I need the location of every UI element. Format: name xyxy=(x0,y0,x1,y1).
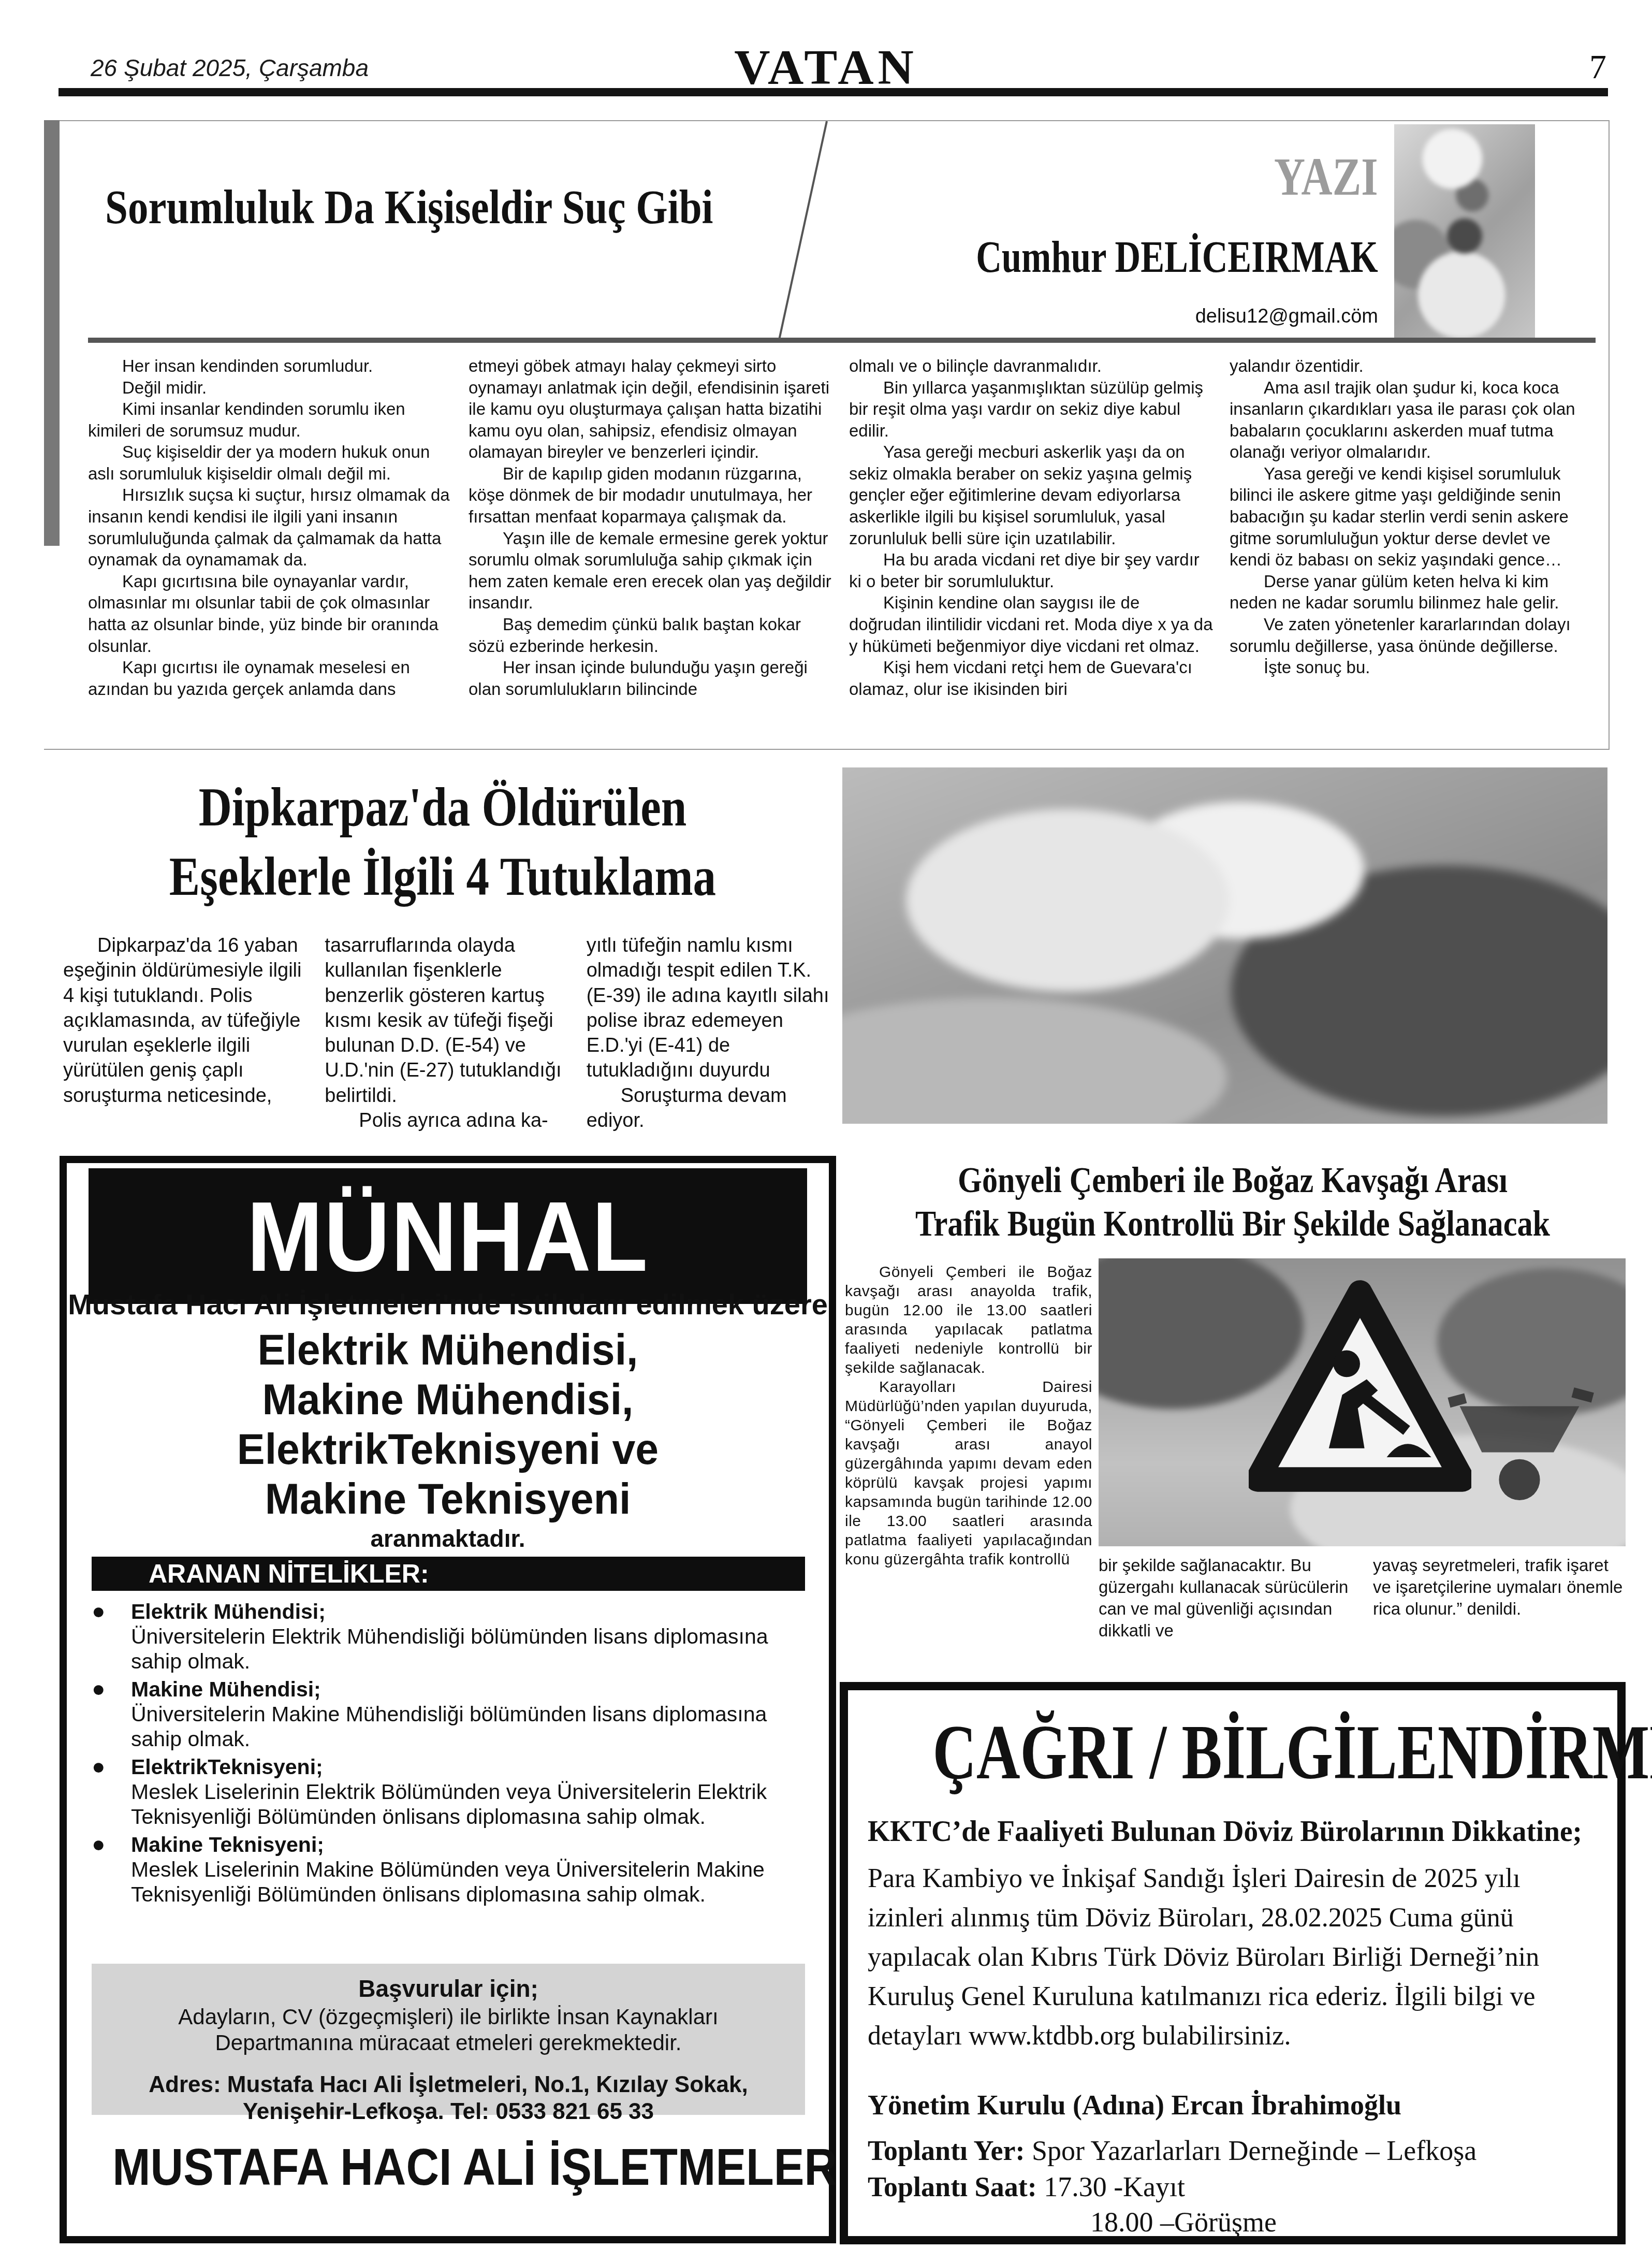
paragraph: Ha bu arada vicdani ret diye bir şey var… xyxy=(849,549,1215,592)
paragraph: Yaşın ille de kemale ermesine gerek yokt… xyxy=(469,528,835,614)
paragraph: Kapı gıcırtısı ile oynamak meselesi en a… xyxy=(88,657,454,700)
qualifications-list: ● Elektrik Mühendisi; Üniversitelerin El… xyxy=(92,1599,809,1910)
munhal-title-band: MÜNHAL xyxy=(89,1168,807,1304)
munhal-title: MÜNHAL xyxy=(247,1179,649,1294)
author-photo xyxy=(1394,124,1535,339)
apply-body: Adayların, CV (özgeçmişleri) ile birlikt… xyxy=(148,2004,749,2056)
paragraph: Soruşturma devam ediyor. xyxy=(587,1083,836,1134)
donkey-column-3: yıtlı tüfeğin namlu kısmı olmadığı tespi… xyxy=(587,933,836,1140)
headline-divider xyxy=(88,338,1596,343)
position-2: Makine Mühendisi, xyxy=(82,1374,813,1425)
paragraph: Derse yanar gülüm keten helva ki kim ned… xyxy=(1230,571,1596,614)
meeting-time-line: Toplantı Saat: 17.30 -Kayıt xyxy=(868,2171,1185,2203)
article-column-1: Her insan kendinden sorumludur. Değil mi… xyxy=(88,355,454,743)
paragraph: yavaş seyretmeleri, trafik işaret ve işa… xyxy=(1373,1555,1626,1620)
paragraph: Her insan içinde bulunduğu yaşın gereği … xyxy=(469,657,835,700)
paragraph: tasarruflarında olayda kullanılan fişenk… xyxy=(325,933,574,1108)
qualification-title: Makine Mühendisi; xyxy=(131,1677,809,1702)
paragraph: Kişinin kendine olan saygısı ile de doğr… xyxy=(849,592,1215,657)
paragraph: Gönyeli Çemberi ile Boğaz kavşağı arası … xyxy=(845,1263,1092,1377)
header-rule xyxy=(59,88,1608,96)
paragraph: Ama asıl trajik olan şudur ki, koca koca… xyxy=(1230,377,1596,463)
munhal-job-ad: MÜNHAL Mustafa Hacı Ali İşletmeleri'nde … xyxy=(60,1156,836,2243)
article-body: Her insan kendinden sorumludur. Değil mi… xyxy=(88,355,1596,743)
author-photo-texture xyxy=(1394,124,1535,339)
qualification-desc: Meslek Liselerinin Elektrik Bölümünden v… xyxy=(131,1779,809,1829)
qualification-title: ElektrikTeknisyeni; xyxy=(131,1754,809,1779)
paragraph: Hırsızlık suçsa ki suçtur, hırsız olmama… xyxy=(88,484,454,570)
apply-address: Adres: Mustafa Hacı Ali İşletmeleri, No.… xyxy=(127,2071,769,2125)
qualification-item: ● Elektrik Mühendisi; Üniversitelerin El… xyxy=(92,1599,809,1674)
paragraph: Kimi insanlar kendinden sorumlu iken kim… xyxy=(88,398,454,441)
traffic-title-line1: Gönyeli Çemberi ile Boğaz Kavşağı Arası xyxy=(896,1160,1569,1201)
paragraph: Yasa gereği ve kendi kişisel sorumluluk … xyxy=(1230,463,1596,571)
application-info-box: Başvurular için; Adayların, CV (özgeçmiş… xyxy=(92,1964,805,2115)
position-1: Elektrik Mühendisi, xyxy=(82,1325,813,1375)
roadworks-photo xyxy=(1099,1258,1626,1546)
donkey-photo-texture xyxy=(842,767,1607,1124)
meeting-time-value: 17.30 -Kayıt xyxy=(1044,2171,1185,2202)
column-kicker: YAZI xyxy=(1275,146,1378,208)
position-4: Makine Teknisyeni xyxy=(82,1474,813,1524)
paragraph: Yasa gereği mecburi askerlik yaşı da on … xyxy=(849,441,1215,549)
bullet-icon: ● xyxy=(92,1832,131,1907)
paragraph: Baş demedim çünkü balık baştan kokar söz… xyxy=(469,614,835,657)
qualification-item: ● Makine Mühendisi; Üniversitelerin Maki… xyxy=(92,1677,809,1751)
paragraph: yıtlı tüfeğin namlu kısmı olmadığı tespi… xyxy=(587,933,836,1083)
position-3: ElektrikTeknisyeni ve xyxy=(82,1424,813,1474)
author-email: delisu12@gmail.cöm xyxy=(1195,306,1378,328)
donkey-article-title-line1: Dipkarpaz'da Öldürülen xyxy=(112,776,773,839)
paragraph: Dipkarpaz'da 16 yaban eşeğinin öldürümes… xyxy=(63,933,312,1108)
meeting-place-line: Toplantı Yer: Spor Yazarlarları Derneğin… xyxy=(868,2135,1476,2167)
qualifications-header: ARANAN NİTELİKLER: xyxy=(92,1557,805,1591)
paragraph: Kapı gıcırtısına bile oynayanlar vardır,… xyxy=(88,571,454,657)
company-name: MUSTAFA HACI ALİ İŞLETMELERİ xyxy=(112,2138,783,2197)
donkey-column-1: Dipkarpaz'da 16 yaban eşeğinin öldürümes… xyxy=(63,933,312,1140)
meeting-place-label: Toplantı Yer: xyxy=(868,2135,1025,2166)
paragraph: bir şekilde sağlanacaktır. Bu güzergahı … xyxy=(1099,1555,1357,1642)
meeting-time-line2: 18.00 –Görüşme xyxy=(1090,2206,1277,2238)
opinion-article: Sorumluluk Da Kişiseldir Suç Gibi YAZI C… xyxy=(44,120,1610,750)
traffic-column-3: yavaş seyretmeleri, trafik işaret ve işa… xyxy=(1373,1555,1626,1674)
cagri-title: ÇAĞRI / BİLGİLENDİRME xyxy=(932,1708,1532,1797)
qualification-title: Elektrik Mühendisi; xyxy=(131,1599,809,1624)
traffic-column-2: bir şekilde sağlanacaktır. Bu güzergahı … xyxy=(1099,1555,1357,1674)
article-column-2: etmeyi göbek atmayı halay çekmeyi sirto … xyxy=(469,355,835,743)
newspaper-page: 26 Şubat 2025, Çarşamba VATAN 7 Sorumlul… xyxy=(0,0,1652,2263)
paragraph: yalandır özentidir. xyxy=(1230,355,1596,377)
paragraph: Suç kişiseldir der ya modern hukuk onun … xyxy=(88,441,454,484)
paragraph: Her insan kendinden sorumludur. xyxy=(88,355,454,377)
qualification-item: ● ElektrikTeknisyeni; Meslek Liselerinin… xyxy=(92,1754,809,1829)
paragraph: İşte sonuç bu. xyxy=(1230,657,1596,678)
paragraph: Polis ayrıca adına ka- xyxy=(325,1108,574,1133)
article-column-3: olmalı ve o bilinçle davranmalıdır. Bin … xyxy=(849,355,1215,743)
paragraph: Değil midir. xyxy=(88,377,454,399)
qualification-title: Makine Teknisyeni; xyxy=(131,1832,809,1857)
newspaper-title: VATAN xyxy=(0,38,1652,96)
donkey-article-title-line2: Eşeklerle İlgili 4 Tutuklama xyxy=(112,845,773,908)
cagri-attention-line: KKTC’de Faaliyeti Bulunan Döviz Büroları… xyxy=(868,1815,1582,1848)
meeting-place-value: Spor Yazarlarları Derneğinde – Lefkoşa xyxy=(1032,2135,1476,2166)
cagri-signature: Yönetim Kurulu (Adına) Ercan İbrahimoğlu xyxy=(868,2089,1401,2121)
donkey-article-body: Dipkarpaz'da 16 yaban eşeğinin öldürümes… xyxy=(63,933,836,1140)
wheelbarrow-shape xyxy=(1434,1346,1605,1517)
qualification-desc: Meslek Liselerinin Makine Bölümünden vey… xyxy=(131,1857,809,1907)
paragraph: Bir de kapılıp giden modanın rüzgarına, … xyxy=(469,463,835,528)
paragraph: Ve zaten yönetenler kararlarından dolayı… xyxy=(1230,614,1596,657)
paragraph: Karayolları Dairesi Müdürlüğü’nden yapıl… xyxy=(845,1377,1092,1569)
donkey-column-2: tasarruflarında olayda kullanılan fişenk… xyxy=(325,933,574,1140)
bullet-icon: ● xyxy=(92,1599,131,1674)
cagri-notice-box: ÇAĞRI / BİLGİLENDİRME KKTC’de Faaliyeti … xyxy=(840,1682,1626,2244)
meeting-time-label: Toplantı Saat: xyxy=(868,2171,1037,2202)
paragraph: etmeyi göbek atmayı halay çekmeyi sirto … xyxy=(469,355,835,463)
traffic-title-line2: Trafik Bugün Kontrollü Bir Şekilde Sağla… xyxy=(896,1203,1569,1245)
page-number: 7 xyxy=(1589,48,1606,87)
munhal-intro: Mustafa Hacı Ali İşletmeleri'nde istihda… xyxy=(67,1287,829,1321)
cagri-body: Para Kambiyo ve İnkişaf Sandığı İşleri D… xyxy=(868,1859,1595,2056)
paragraph: Bin yıllarca yaşanmışlıktan süzülüp gelm… xyxy=(849,377,1215,442)
paragraph: olmalı ve o bilinçle davranmalıdır. xyxy=(849,355,1215,377)
donkey-photo xyxy=(842,767,1607,1124)
article-column-4: yalandır özentidir. Ama asıl trajik olan… xyxy=(1230,355,1596,743)
qualification-desc: Üniversitelerin Makine Mühendisliği bölü… xyxy=(131,1702,809,1751)
bullet-icon: ● xyxy=(92,1677,131,1751)
bullet-icon: ● xyxy=(92,1754,131,1829)
author-name: Cumhur DELİCEIRMAK xyxy=(976,231,1378,283)
qualification-item: ● Makine Teknisyeni; Meslek Liselerinin … xyxy=(92,1832,809,1907)
qualification-desc: Üniversitelerin Elektrik Mühendisliği bö… xyxy=(131,1624,809,1674)
munhal-closing: aranmaktadır. xyxy=(67,1525,829,1553)
apply-header: Başvurular için; xyxy=(92,1975,805,2002)
traffic-column-1: Gönyeli Çemberi ile Boğaz kavşağı arası … xyxy=(845,1263,1092,1670)
paragraph: Kişi hem vicdani retçi hem de Guevara'cı… xyxy=(849,657,1215,700)
